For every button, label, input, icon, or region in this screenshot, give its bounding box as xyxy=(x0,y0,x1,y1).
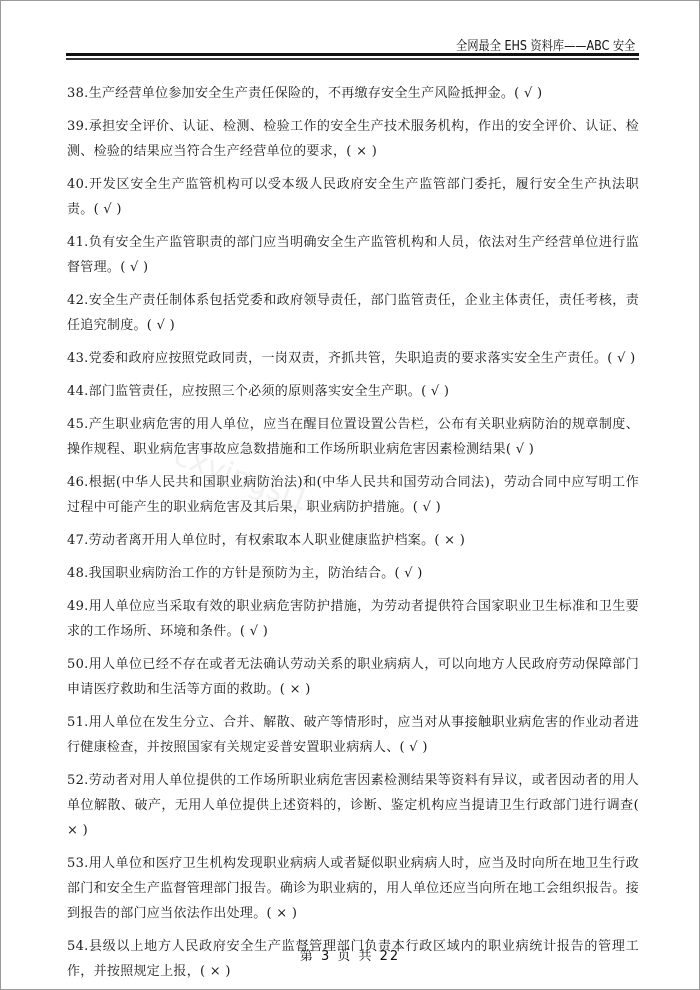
question-item-51: 51.用人单位在发生分立、合并、解散、破产等情形时，应当对从事接触职业病危害的作… xyxy=(67,710,639,760)
question-item-45: 45.产生职业病危害的用人单位，应当在醒目位置设置公告栏，公布有关职业病防治的规… xyxy=(67,412,639,462)
question-item-43: 43.党委和政府应按照党政同责，一岗双责，齐抓共管，失职追责的要求落实安全生产责… xyxy=(67,346,639,371)
header-rule-thin xyxy=(66,58,639,60)
question-item-52: 52.劳动者对用人单位提供的工作场所职业病危害因素检测结果等资料有异议，或者因动… xyxy=(67,768,639,843)
question-item-38: 38.生产经营单位参加安全生产责任保险的，不再缴存安全生产风险抵押金。( √ ) xyxy=(67,81,639,106)
question-item-50: 50.用人单位已经不存在或者无法确认劳动关系的职业病病人，可以向地方人民政府劳动… xyxy=(67,652,639,702)
question-list: 38.生产经营单位参加安全生产责任保险的，不再缴存安全生产风险抵押金。( √ )… xyxy=(67,81,639,990)
question-item-46: 46.根据(中华人民共和国职业病防治法)和(中华人民共和国劳动合同法)，劳动合同… xyxy=(67,470,639,520)
document-page: 全网最全 EHS 资料库——ABC 安全 cxyingsj1 38.生产经营单位… xyxy=(0,0,700,990)
question-item-40: 40.开发区安全生产监管机构可以受本级人民政府安全生产监管部门委托，履行安全生产… xyxy=(67,172,639,222)
question-item-41: 41.负有安全生产监管职责的部门应当明确安全生产监管机构和人员，依法对生产经营单… xyxy=(67,230,639,280)
question-item-39: 39.承担安全评价、认证、检测、检验工作的安全生产技术服务机构，作出的安全评价、… xyxy=(67,114,639,164)
question-item-53: 53.用人单位和医疗卫生机构发现职业病病人或者疑似职业病病人时，应当及时向所在地… xyxy=(67,851,639,926)
question-item-48: 48.我国职业病防治工作的方针是预防为主，防治结合。( √ ) xyxy=(67,561,639,586)
question-item-49: 49.用人单位应当采取有效的职业病危害防护措施，为劳动者提供符合国家职业卫生标准… xyxy=(67,594,639,644)
page-number: 第 3 页 共 22 xyxy=(1,945,699,964)
header-rule xyxy=(66,53,639,56)
question-item-44: 44.部门监管责任，应按照三个必须的原则落实安全生产职。( √ ) xyxy=(67,379,639,404)
header-title: 全网最全 EHS 资料库——ABC 安全 xyxy=(456,35,635,54)
question-item-42: 42.安全生产责任制体系包括党委和政府领导责任，部门监管责任，企业主体责任，责任… xyxy=(67,288,639,338)
question-item-47: 47.劳动者离开用人单位时，有权索取本人职业健康监护档案。( × ) xyxy=(67,528,639,553)
